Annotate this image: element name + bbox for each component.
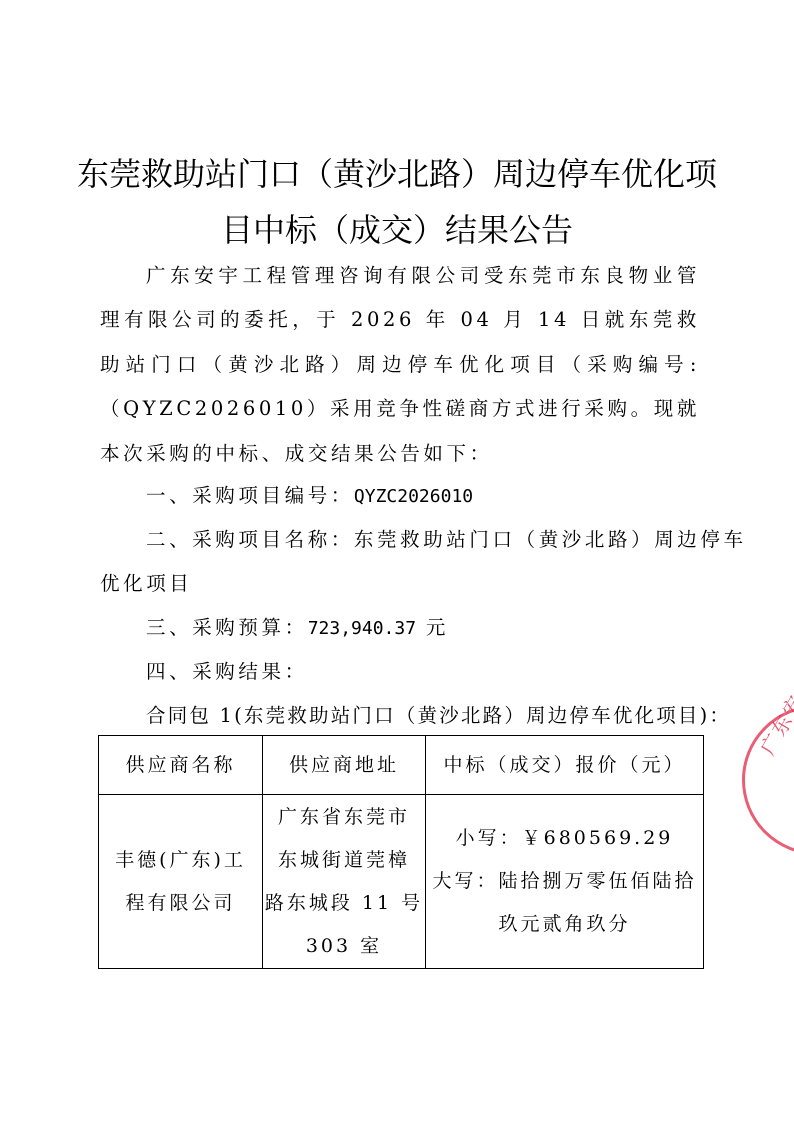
section-1: 一、采购项目编号：QYZC2026010 xyxy=(146,484,473,509)
result-table: 供应商名称 供应商地址 中标（成交）报价（元） 丰德(广东)工 程有限公司 广东… xyxy=(98,735,704,969)
supplier-address-cell: 广东省东莞市 东城街道莞樟 路东城段 11 号 303 室 xyxy=(263,795,426,969)
table-row: 丰德(广东)工 程有限公司 广东省东莞市 东城街道莞樟 路东城段 11 号 30… xyxy=(99,795,704,969)
seal-text: 广东安宇工程 xyxy=(752,631,794,760)
address-line4: 303 室 xyxy=(263,925,425,968)
header-supplier-address: 供应商地址 xyxy=(263,736,426,795)
document-title-line2: 目中标（成交）结果公告 xyxy=(0,210,794,250)
address-line3: 路东城段 11 号 xyxy=(263,882,425,925)
section-1-label: 一、采购项目编号： xyxy=(146,484,354,507)
section-4-label: 四、采购结果： xyxy=(146,660,308,684)
address-line2: 东城街道莞樟 xyxy=(263,839,425,882)
project-number: QYZC2026010 xyxy=(354,486,473,507)
supplier-name-line1: 丰德(广东)工 xyxy=(99,839,262,882)
budget-unit: 元 xyxy=(426,616,449,639)
project-name-line2: 优化项目 xyxy=(100,572,192,596)
address-line1: 广东省东莞市 xyxy=(263,796,425,839)
price-big-line2: 玖元贰角玖分 xyxy=(426,903,703,946)
table-header-row: 供应商名称 供应商地址 中标（成交）报价（元） xyxy=(99,736,704,795)
header-supplier-name: 供应商名称 xyxy=(99,736,263,795)
supplier-name-cell: 丰德(广东)工 程有限公司 xyxy=(99,795,263,969)
section-2: 二、采购项目名称：东莞救助站门口（黄沙北路）周边停车 xyxy=(146,528,747,552)
package-label: 合同包 1(东莞救助站门口（黄沙北路）周边停车优化项目)： xyxy=(146,704,731,728)
project-name-line1: 东莞救助站门口（黄沙北路）周边停车 xyxy=(354,528,747,551)
bid-price-cell: 小写：￥680569.29 大写：陆拾捌万零伍佰陆拾 玖元贰角玖分 xyxy=(426,795,704,969)
section-3: 三、采购预算：723,940.37 元 xyxy=(146,616,449,641)
document-title-line1: 东莞救助站门口（黄沙北路）周边停车优化项 xyxy=(0,154,794,194)
supplier-name-line2: 程有限公司 xyxy=(99,882,262,925)
price-big-line1: 大写：陆拾捌万零伍佰陆拾 xyxy=(426,860,703,903)
header-bid-price: 中标（成交）报价（元） xyxy=(426,736,704,795)
section-3-label: 三、采购预算： xyxy=(146,616,308,639)
intro-paragraph: 广东安宇工程管理咨询有限公司受东莞市东良物业管理有限公司的委托，于 2026 年… xyxy=(100,254,700,476)
section-2-label: 二、采购项目名称： xyxy=(146,528,354,551)
budget-value: 723,940.37 xyxy=(308,618,416,639)
price-small: 小写：￥680569.29 xyxy=(426,817,703,860)
